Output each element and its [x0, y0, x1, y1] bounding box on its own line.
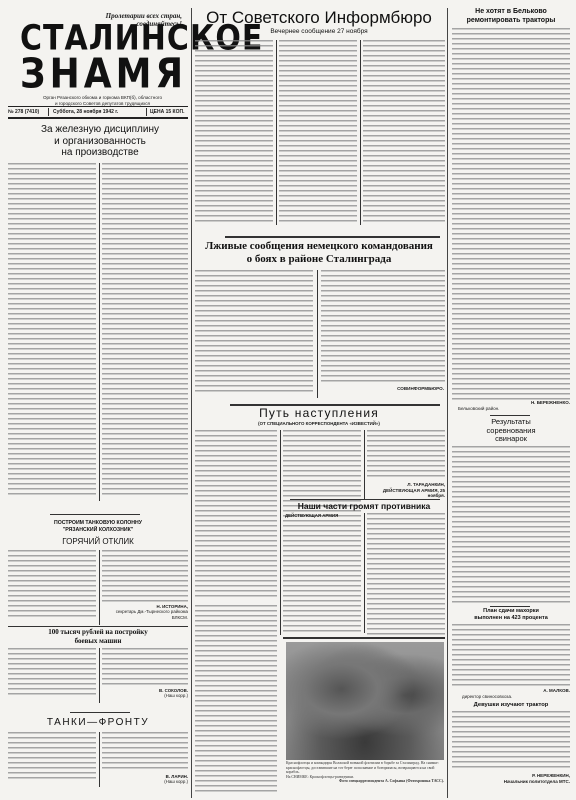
plan-headline-line2: выполнен на 423 процента: [450, 615, 572, 622]
issue-number: № 278 (7410): [8, 108, 49, 116]
german-lies-headline-line2: о боях в районе Сталинграда: [193, 253, 445, 266]
editorial-body-col2: [102, 163, 188, 498]
hundred-thousand-headline-line1: 100 тысяч рублей на постройку: [8, 628, 188, 637]
masthead-issue-bar: № 278 (7410) Суббота, 28 ноября 1942 г. …: [8, 108, 188, 116]
editorial-body-col1: [8, 163, 96, 498]
sovinformburo-headline: От Советского Информбюро: [193, 8, 445, 28]
sovinformburo-body-col1: [195, 40, 273, 225]
belkovo-body: [452, 28, 570, 400]
tank-column-signature-role: секретарь Дм.-Тырнеского райкома ВЛКСМ.: [102, 609, 188, 620]
offensive-byline: (ОТ СПЕЦИАЛЬНОГО КОРРЕСПОНДЕНТА «ИЗВЕСТИ…: [193, 421, 445, 426]
tractors-body: [452, 711, 570, 771]
tank-column-banner-line2: "РЯЗАНСКИЙ КОЛХОЗНИК": [8, 527, 188, 534]
our-units-headline: Наши части громят противника: [283, 501, 445, 511]
results-headline-line3: свинарок: [450, 435, 572, 444]
hundred-thousand-body-col1: [8, 648, 96, 698]
tank-column-body-col2: [102, 550, 188, 602]
tractors-headline: Девушки изучают трактор: [450, 702, 572, 709]
photo-caption: Краснофлотцы и командиры Волжской военно…: [286, 761, 444, 775]
sovinformburo-body-col3: [363, 40, 445, 225]
offensive-body-col3: [367, 430, 445, 480]
hundred-thousand-body-col2: [102, 648, 188, 686]
editorial-headline: За железную дисциплину и организованност…: [10, 124, 190, 159]
masthead-title-line2: ЗНАМЯ: [20, 54, 190, 95]
belkovo-headline-line2: ремонтировать тракторы: [450, 17, 572, 26]
photo-caption-block: Краснофлотцы и командиры Волжской военно…: [286, 761, 444, 784]
tank-column-body-col1: [8, 550, 96, 620]
plan-headline: План сдачи махорки выполнен на 423 проце…: [450, 608, 572, 621]
our-units-body-col2: [367, 513, 445, 635]
hundred-thousand-signature-block: В. СОКОЛОВ. (Наш корр.): [102, 688, 188, 699]
german-lies-body-col2: [321, 270, 445, 385]
photo-credit: Фото спецкорреспондента А. Софьина (Фото…: [286, 779, 444, 784]
offensive-body-col1: [195, 430, 277, 600]
belkovo-signature-block: Н. БЕРЕЖНЕНКО. Бельковский район.: [452, 400, 570, 411]
sovinformburo-body-col2: [279, 40, 357, 225]
german-lies-body-col1: [195, 270, 313, 395]
tank-column-banner: ПОСТРОИМ ТАНКОВУЮ КОЛОННУ "РЯЗАНСКИЙ КОЛ…: [8, 520, 188, 534]
offensive-signature-place: ДЕЙСТВУЮЩАЯ АРМИЯ, 25 ноября.: [367, 488, 445, 499]
tractors-signature-block: Р. НЕРЕЖЕНКИН, Начальник политотдела МТС…: [452, 773, 570, 784]
belkovo-signature-role: Бельковский район.: [452, 406, 570, 412]
news-photo: [286, 642, 444, 760]
german-lies-signature: СОВИНФОРМБЮРО.: [380, 386, 444, 391]
belkovo-headline-line1: Не хотят в Бельково: [450, 8, 572, 17]
editorial-headline-line1: За железную дисциплину: [10, 124, 190, 136]
results-body: [452, 446, 570, 604]
tanks-front-body-col2: [102, 732, 188, 772]
plan-headline-line1: План сдачи махорки: [450, 608, 572, 615]
offensive-headline: Путь наступления: [193, 406, 445, 420]
tanks-front-headline: ТАНКИ—ФРОНТУ: [8, 717, 188, 729]
plan-signature-role: директор свиносовхоза.: [452, 694, 570, 700]
tractors-signature-role: Начальник политотдела МТС.: [452, 779, 570, 785]
plan-signature-block: А. МАЛКОВ. директор свиносовхоза.: [452, 688, 570, 699]
german-lies-headline: Лживые сообщения немецкого командования …: [193, 240, 445, 266]
editorial-headline-line3: на производстве: [10, 147, 190, 159]
issue-price: ЦЕНА 15 КОП.: [147, 108, 188, 116]
tank-column-headline: ГОРЯЧИЙ ОТКЛИК: [8, 537, 188, 547]
hundred-thousand-headline-line2: боевых машин: [8, 637, 188, 646]
masthead-subtitle: Орган Рязанского обкома и горкома ВКП(б)…: [15, 95, 190, 106]
hundred-thousand-signature-role: (Наш корр.): [102, 693, 188, 698]
tanks-front-body-col1: [8, 732, 96, 780]
offensive-body-col1-continued: [195, 605, 277, 795]
tanks-front-signature-block: В. ЛАРИН. (Наш корр.): [102, 774, 188, 785]
tank-column-signature-block: Н. ИСТОРИНА, секретарь Дм.-Тырнеского ра…: [102, 604, 188, 620]
hundred-thousand-headline: 100 тысяч рублей на постройку боевых маш…: [8, 628, 188, 645]
our-units-dateline: ДЕЙСТВУЮЩАЯ АРМИЯ: [285, 513, 361, 518]
tanks-front-signature-role: (Наш корр.): [102, 779, 188, 784]
results-headline: Результаты соревнования свинарок: [450, 418, 572, 444]
tank-column-banner-line1: ПОСТРОИМ ТАНКОВУЮ КОЛОННУ: [8, 520, 188, 527]
issue-date: Суббота, 28 ноября 1942 г.: [49, 108, 147, 116]
belkovo-headline: Не хотят в Бельково ремонтировать тракто…: [450, 8, 572, 25]
sovinformburo-subhead: Вечернее сообщение 27 ноября: [193, 28, 445, 36]
editorial-headline-line2: и организованность: [10, 136, 190, 148]
german-lies-headline-line1: Лживые сообщения немецкого командования: [193, 240, 445, 253]
plan-body: [452, 624, 570, 688]
offensive-signature-block: Л. ТАРАДАНКИН, ДЕЙСТВУЮЩАЯ АРМИЯ, 25 ноя…: [367, 482, 445, 499]
